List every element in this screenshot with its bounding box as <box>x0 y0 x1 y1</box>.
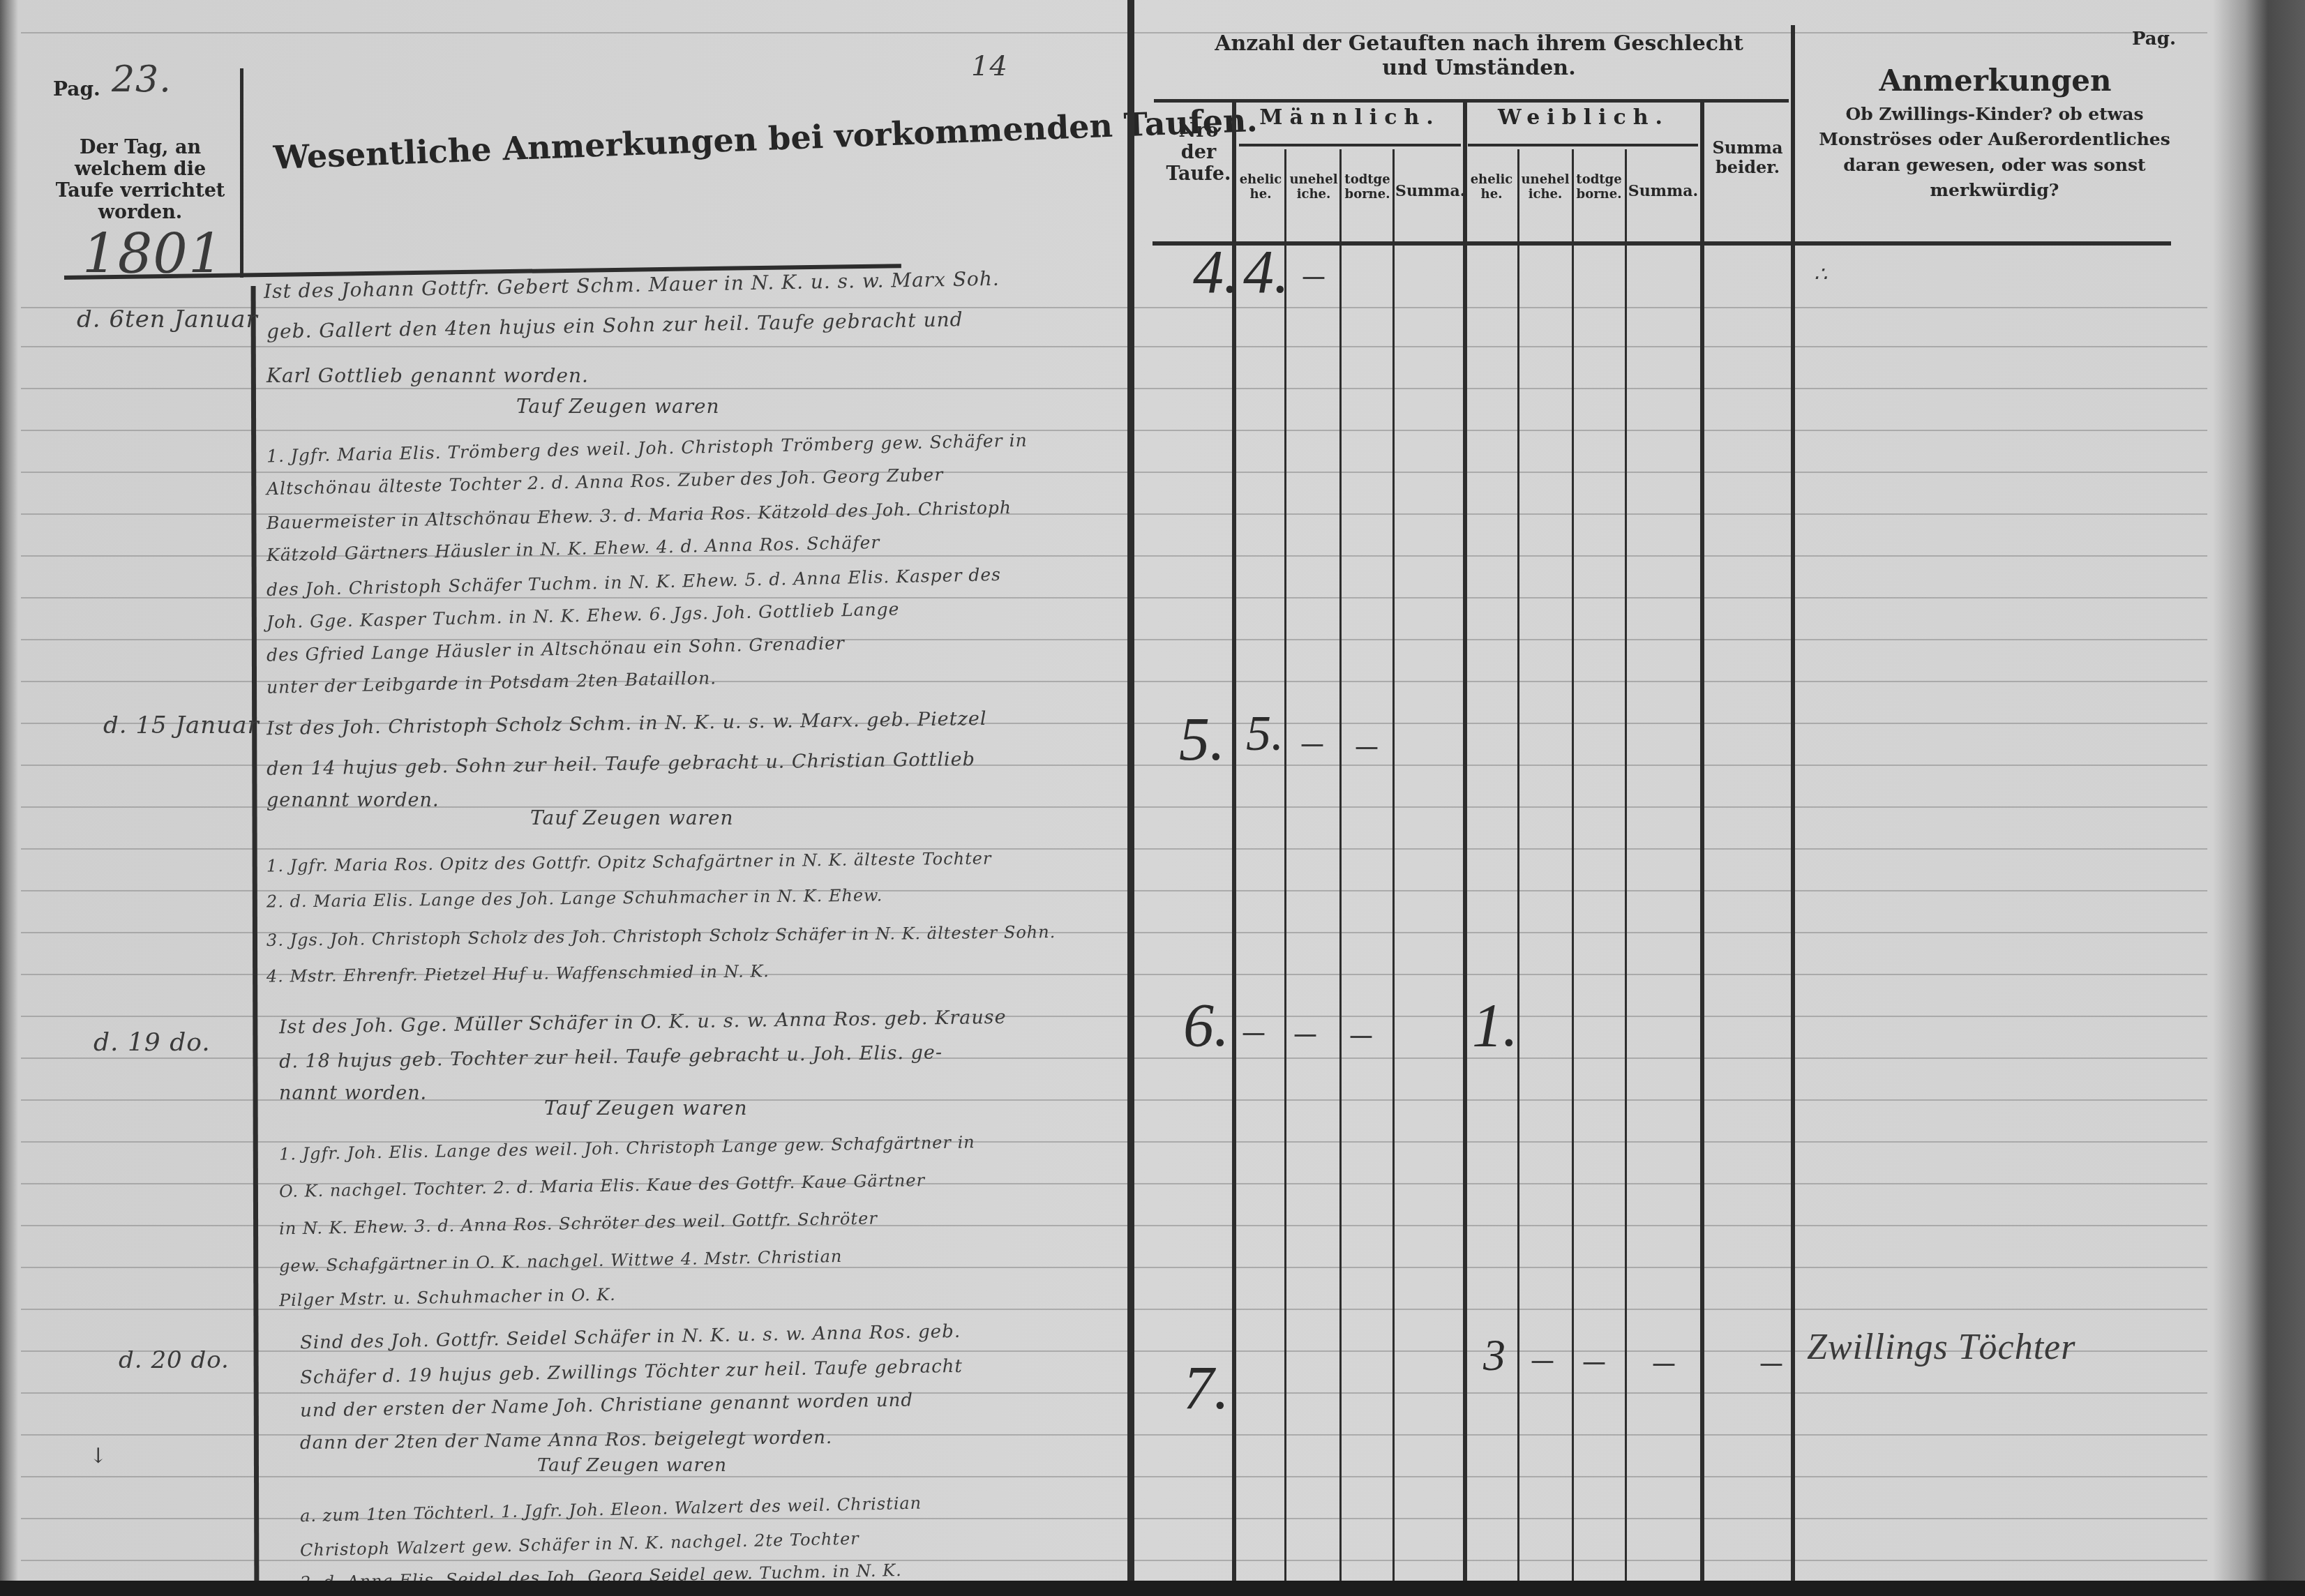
entry-text-line: und der ersten der Name Joh. Christiane … <box>300 1390 914 1421</box>
entry-text-line: Schäfer d. 19 hujus geb. Zwillings Töcht… <box>300 1356 963 1389</box>
female-illegitimate-count: – <box>1532 1334 1553 1382</box>
entry-text-line: Ist des Joh. Christoph Scholz Schm. in N… <box>266 708 987 739</box>
female-sum-header: Summa. <box>1627 183 1699 200</box>
entry-text-line: Karl Gottlieb genannt worden. <box>266 364 589 387</box>
notes-question: Ob Zwillings-Kinder? ob etwas Monströses… <box>1810 102 2179 203</box>
entry-text-line: dann der 2ten der Name Anna Ros. beigele… <box>300 1427 833 1454</box>
entry-date: d. 20 do. <box>119 1346 230 1374</box>
male-illegitimate-count: – <box>1303 250 1324 298</box>
sponsor-line: 3. Jgs. Joh. Christoph Scholz des Joh. C… <box>266 922 1056 950</box>
entry-text-line: Sind des Joh. Gottfr. Seidel Schäfer in … <box>300 1321 961 1354</box>
sponsor-line: 2. d. Maria Elis. Lange des Joh. Lange S… <box>266 885 883 911</box>
sponsor-line: Kätzold Gärtners Häusler in N. K. Ehew. … <box>266 532 880 565</box>
entry-note: Zwillings Töchter <box>1807 1327 2075 1368</box>
female-legitimate-header: eheliche. <box>1466 173 1517 202</box>
col-line-female-1 <box>1517 149 1519 1596</box>
sponsor-line: a. zum 1ten Töchterl. 1. Jgfr. Joh. Eleo… <box>300 1493 922 1526</box>
entry-text-line: nannt worden. <box>279 1083 427 1104</box>
male-illegitimate-header: uneheliche. <box>1288 173 1339 202</box>
count-title: Anzahl der Getauften nach ihrem Geschlec… <box>1186 32 1772 80</box>
sponsor-line: unter der Leibgarde in Potsdam 2ten Bata… <box>266 668 717 698</box>
male-illegitimate-count: – <box>1295 1007 1316 1055</box>
col-line-male-female <box>1463 102 1467 1596</box>
sponsors-heading: Tauf Zeugen waren <box>530 806 734 829</box>
female-stillborn-count: – <box>1584 1335 1605 1383</box>
col-line-notes <box>1791 25 1795 1596</box>
count-title-line1: Anzahl der Getauften nach ihrem Geschlec… <box>1186 32 1772 57</box>
sponsor-line: des Joh. Christoph Schäfer Tuchm. in N. … <box>266 564 1002 600</box>
page-label-right: Pag. <box>2132 29 2176 50</box>
col-line-female-2 <box>1572 149 1574 1596</box>
col-line-nro <box>1232 102 1236 1596</box>
folio-mark: 14 <box>971 50 1008 82</box>
remarks-main-header: Wesentliche Anmerkungen bei vorkommenden… <box>273 102 1258 176</box>
notes-header: Anmerkungen <box>1814 64 2177 98</box>
table-header-rule <box>1152 241 2171 246</box>
female-legitimate-count: 3 <box>1483 1330 1506 1381</box>
sponsor-line: 1. Jgfr. Maria Elis. Trömberg des weil. … <box>266 430 1028 467</box>
entry-nro: 6. <box>1183 991 1229 1061</box>
count-title-line2: und Umständen. <box>1186 57 1772 81</box>
sponsor-line: in N. K. Ehew. 3. d. Anna Ros. Schröter … <box>279 1209 878 1239</box>
scan-bottom-edge <box>0 1581 2305 1596</box>
entry-text-line: Ist des Joh. Gge. Müller Schäfer in O. K… <box>279 1007 1007 1039</box>
male-illegitimate-count: – <box>1302 717 1323 765</box>
entry-text-line: geb. Gallert den 4ten hujus ein Sohn zur… <box>266 308 963 342</box>
male-stillborn-count: – <box>1351 1009 1372 1057</box>
female-header: Weiblich. <box>1466 106 1701 130</box>
female-header-rule <box>1468 144 1698 146</box>
male-header-rule <box>1239 144 1461 146</box>
register-page: Pag. 23. Der Tag, an welchem die Taufe v… <box>0 0 2305 1596</box>
female-illegitimate-header: uneheliche. <box>1519 173 1571 202</box>
sum-both-header: Summa beider. <box>1704 138 1792 176</box>
entry-nro: 4. <box>1193 237 1239 308</box>
sponsors-heading: Tauf Zeugen waren <box>516 395 720 418</box>
sponsor-line: 4. Mstr. Ehrenfr. Pietzel Huf u. Waffens… <box>266 961 769 986</box>
male-legitimate-count: – <box>1243 1006 1264 1054</box>
count-title-rule <box>1154 99 1789 103</box>
sponsor-line: Bauermeister in Altschönau Ehew. 3. d. M… <box>266 497 1012 533</box>
male-sum-header: Summa. <box>1395 183 1462 200</box>
female-sum-count: – <box>1653 1337 1674 1385</box>
female-legitimate-count: 1. <box>1472 991 1518 1061</box>
sponsor-line: gew. Schafgärtner in O. K. nachgel. Witt… <box>279 1247 843 1276</box>
ink-mark: ↓ <box>89 1444 107 1468</box>
date-column-header: Der Tag, an welchem die Taufe verrichtet… <box>46 137 234 223</box>
ink-mark: ∴ <box>1814 262 1828 287</box>
male-header: Männlich. <box>1236 106 1464 130</box>
male-stillborn-count: – <box>1356 720 1377 768</box>
sponsor-line: 1. Jgfr. Joh. Elis. Lange des weil. Joh.… <box>279 1132 975 1164</box>
sponsor-line: Pilger Mstr. u. Schuhmacher in O. K. <box>279 1285 616 1310</box>
page-gutter <box>1127 0 1134 1596</box>
entry-date: d. 15 Januar <box>103 712 260 739</box>
col-line-male-1 <box>1284 149 1286 1596</box>
sponsor-line: Joh. Gge. Kasper Tuchm. in N. K. Ehew. 6… <box>266 599 900 633</box>
sponsors-heading: Tauf Zeugen waren <box>537 1455 727 1476</box>
sponsor-line: 1. Jgfr. Maria Ros. Opitz des Gottfr. Op… <box>266 849 992 876</box>
date-column-divider <box>240 68 243 278</box>
male-legitimate-count: 4. <box>1243 237 1289 308</box>
page-label-left: Pag. <box>53 78 100 100</box>
entry-text-line: d. 18 hujus geb. Tochter zur heil. Taufe… <box>279 1041 943 1072</box>
male-stillborn-header: todtgeborne. <box>1342 173 1392 202</box>
entry-nro: 5. <box>1179 705 1225 775</box>
entry-date: d. 6ten Januar <box>77 306 258 333</box>
male-legitimate-header: eheliche. <box>1236 173 1285 202</box>
sponsor-line: O. K. nachgel. Tochter. 2. d. Maria Elis… <box>279 1170 925 1201</box>
entry-text-line: den 14 hujus geb. Sohn zur heil. Taufe g… <box>266 748 975 780</box>
sponsor-line: Christoph Walzert gew. Schäfer in N. K. … <box>300 1529 859 1560</box>
male-legitimate-count: 5. <box>1246 705 1284 762</box>
col-line-female-3 <box>1625 149 1627 1596</box>
sponsors-heading: Tauf Zeugen waren <box>544 1097 748 1120</box>
sum-both-count: – <box>1761 1337 1782 1385</box>
sponsor-line: Altschönau älteste Tochter 2. d. Anna Ro… <box>266 465 944 499</box>
sponsor-line: des Gfried Lange Häusler in Altschönau e… <box>266 633 845 665</box>
col-line-male-2 <box>1339 149 1342 1596</box>
col-line-male-3 <box>1392 149 1395 1596</box>
entry-text-line: genannt worden. <box>266 790 439 811</box>
date-column-divider-body <box>251 286 260 1596</box>
entry-nro: 7. <box>1183 1353 1229 1424</box>
female-stillborn-header: todtgeborne. <box>1574 173 1624 202</box>
page-number-left: 23. <box>112 59 172 100</box>
nro-header: Nro der Taufe. <box>1162 120 1235 185</box>
col-line-sum-both <box>1700 102 1704 1596</box>
entry-date: d. 19 do. <box>93 1028 211 1057</box>
